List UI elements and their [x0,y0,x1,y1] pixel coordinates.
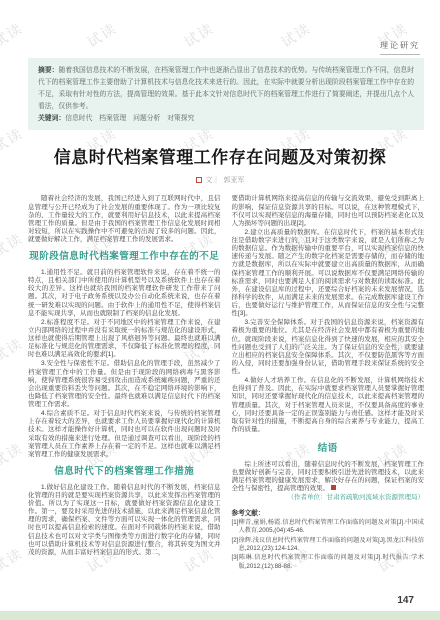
watermark-text: 试读 [180,18,218,52]
references-section: 参考文献： [1]柳青,童娟,杨霞.信息时代档案管理工作面临的问题及对策[J].… [232,510,425,571]
article-title: 信息时代档案管理工作存在问题及对策初探 [10,143,430,168]
end-mark-icon [331,485,336,490]
footer-accent-bar [0,611,440,620]
page-number: 147 [397,595,414,606]
reference-item: [3]陈琳.信息时代档案管理工作面临的问题及对策[J].时代报告:学术版,201… [232,554,425,571]
keywords-text: 信息时代 档案管理 问题分析 对策探究 [65,115,194,122]
intro-paragraph: 随着社会经济的发展，我国已经进入到了互联网时代中，且信息管理与公开已经成为了社会… [28,195,221,244]
references-label: 参考文献： [232,510,425,518]
reference-item: [1]柳青,童娟,杨霞.信息时代档案管理工作面临的问题及对策[J].中国成人教育… [232,519,425,536]
continuation-paragraph: 要借助计算机网络来提高信息的传输与交流效果，避免受到距离上的影响，保证信息资源共… [232,195,425,228]
watermark-text: 试读 [83,18,121,52]
body-paragraph: 4.做好人才培养工作。在信息化的不断发展，计算机网络技术也得到了普及。因此，在实… [232,377,425,434]
body-paragraph: 2.标准程度不足。对于不同地区中的档案管理工作来说，在建立内部网络的过程中并没有… [28,319,221,360]
keywords-label: 关键词： [38,115,65,122]
right-column: 要借助计算机网络来提高信息的传输与交流效果，避免受到距离上的影响，保证信息资源共… [232,195,425,572]
author-name: 郭亚军 [224,175,245,185]
watermark-text: 试读 [0,18,27,52]
watermark-text: 试读 [0,543,27,577]
document-page: 试读 试读 试读 试读 试读 试读 试读 试读 试读 试读 试读 试读 试读 试… [0,0,440,620]
abstract-text: 随着我国信息技术的不断发展，在档案管理工作中也逐渐凸显出了信息技术的优势。与传统… [38,67,414,110]
section-heading-measures: 信息时代下的档案管理工作措施 [28,466,221,478]
watermark-text: 试读 [0,438,27,472]
category-label: 理论研究 [380,40,420,55]
body-paragraph: 1.通用性不足。就目前的档案管理软件来说，存在着不统一的特点，且相关部门中所使用… [28,269,221,318]
category-underline [380,54,420,55]
byline: 文｜ 郭亚军 [0,175,440,185]
conclusion-text: 综上所述可以看出，随着信息时代的不断发展，档案管理工作也要做好创新与完善，同时还… [232,461,425,492]
reference-item: [2]徐辉.浅议信息时代档案管理工作面临的问题及对策[J].黑龙江科技信息,20… [232,537,425,554]
category-label-text: 理论研究 [380,40,420,51]
watermark-text: 试读 [0,228,27,262]
byline-prefix: 文｜ [206,175,220,185]
left-column: 随着社会经济的发展，我国已经进入到了互联网时代中，且信息管理与公开已经成为了社会… [28,195,221,572]
watermark-text: 试读 [0,333,27,367]
body-paragraph: 3.完善安全保障体系。对于我国的信息资源来说，档案资源有着极为重要的地位。尤其是… [232,319,425,376]
abstract-label: 摘要： [38,67,59,74]
body-paragraph: 1.做好信息化建设工作。随着信息时代的不断发展，档案信息化管理的目的就是要实现档… [28,484,221,557]
body-paragraph: 4.综合素质不足。对于信息时代档案来说，与传统的档案管理上存在着较大的差异，也就… [28,410,221,459]
body-paragraph: 2.建立出高质量的数据库。在信息时代下，档案的基本形式往往是借助数字来进行的，且… [232,229,425,318]
watermark-text: 试读 [277,18,315,52]
body-paragraph: 3.安全性与保密性不足。借助信息化的管理手段，虽然减少了档案管理工作中的工作量。… [28,360,221,409]
conclusion-paragraph: 综上所述可以看出，随着信息时代的不断发展，档案管理工作也要做好创新与完善，同时还… [232,461,425,494]
keywords-paragraph: 关键词：信息时代 档案管理 问题分析 对策探究 [38,113,414,125]
conclusion-heading: 结语 [232,443,425,455]
article-body: 随着社会经济的发展，我国已经进入到了互联网时代中，且信息管理与公开已经成为了社会… [28,195,424,572]
abstract-box: 摘要：随着我国信息技术的不断发展，在档案管理工作中也逐渐凸显出了信息技术的优势。… [28,58,424,130]
abstract-paragraph: 摘要：随着我国信息技术的不断发展，在档案管理工作中也逐渐凸显出了信息技术的优势。… [38,65,414,113]
section-heading-problems: 现阶段信息时代档案管理工作中存在的不足 [28,251,221,263]
author-affiliation: （作者单位：甘肃省疏勒河流域水资源管理局） [232,494,425,502]
byline-square-icon [196,177,202,183]
